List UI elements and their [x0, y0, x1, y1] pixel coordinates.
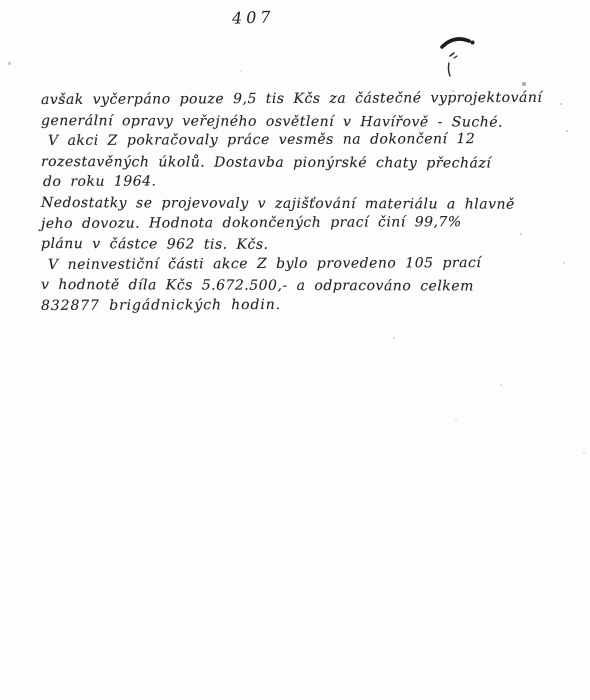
paper-speck-icon: [563, 262, 565, 264]
ink-smudge-icon: [438, 33, 482, 81]
paper-speck-icon: [522, 82, 526, 86]
handwritten-line: avšak vyčerpáno pouze 9,5 tis Kčs za čás…: [41, 88, 556, 111]
paper-speck-icon: [452, 90, 454, 92]
scanned-document-page: 407 avšak vyčerpáno pouze 9,5 tis Kčs za…: [0, 0, 590, 700]
handwritten-line: jeho dovozu. Hodnota dokončených prací č…: [41, 211, 556, 234]
paper-speck-icon: [566, 130, 568, 132]
paper-speck-icon: [500, 384, 502, 386]
paper-speck-icon: [583, 452, 585, 454]
paper-speck-icon: [455, 420, 457, 422]
handwritten-line: 832877 brigádnických hodin.: [41, 294, 556, 317]
handwritten-line: do roku 1964.: [41, 170, 556, 193]
paper-speck-icon: [560, 103, 562, 105]
handwritten-line: V neinvestiční části akce Z bylo provede…: [41, 253, 556, 276]
paper-speck-icon: [8, 62, 11, 65]
paper-speck-icon: [520, 233, 522, 235]
paper-speck-icon: [240, 70, 242, 72]
handwritten-line: V akci Z pokračovaly práce vesměs na dok…: [41, 129, 556, 152]
manuscript-text-block: avšak vyčerpáno pouze 9,5 tis Kčs za čás…: [41, 90, 556, 317]
paper-speck-icon: [393, 337, 395, 339]
page-number: 407: [232, 7, 275, 27]
